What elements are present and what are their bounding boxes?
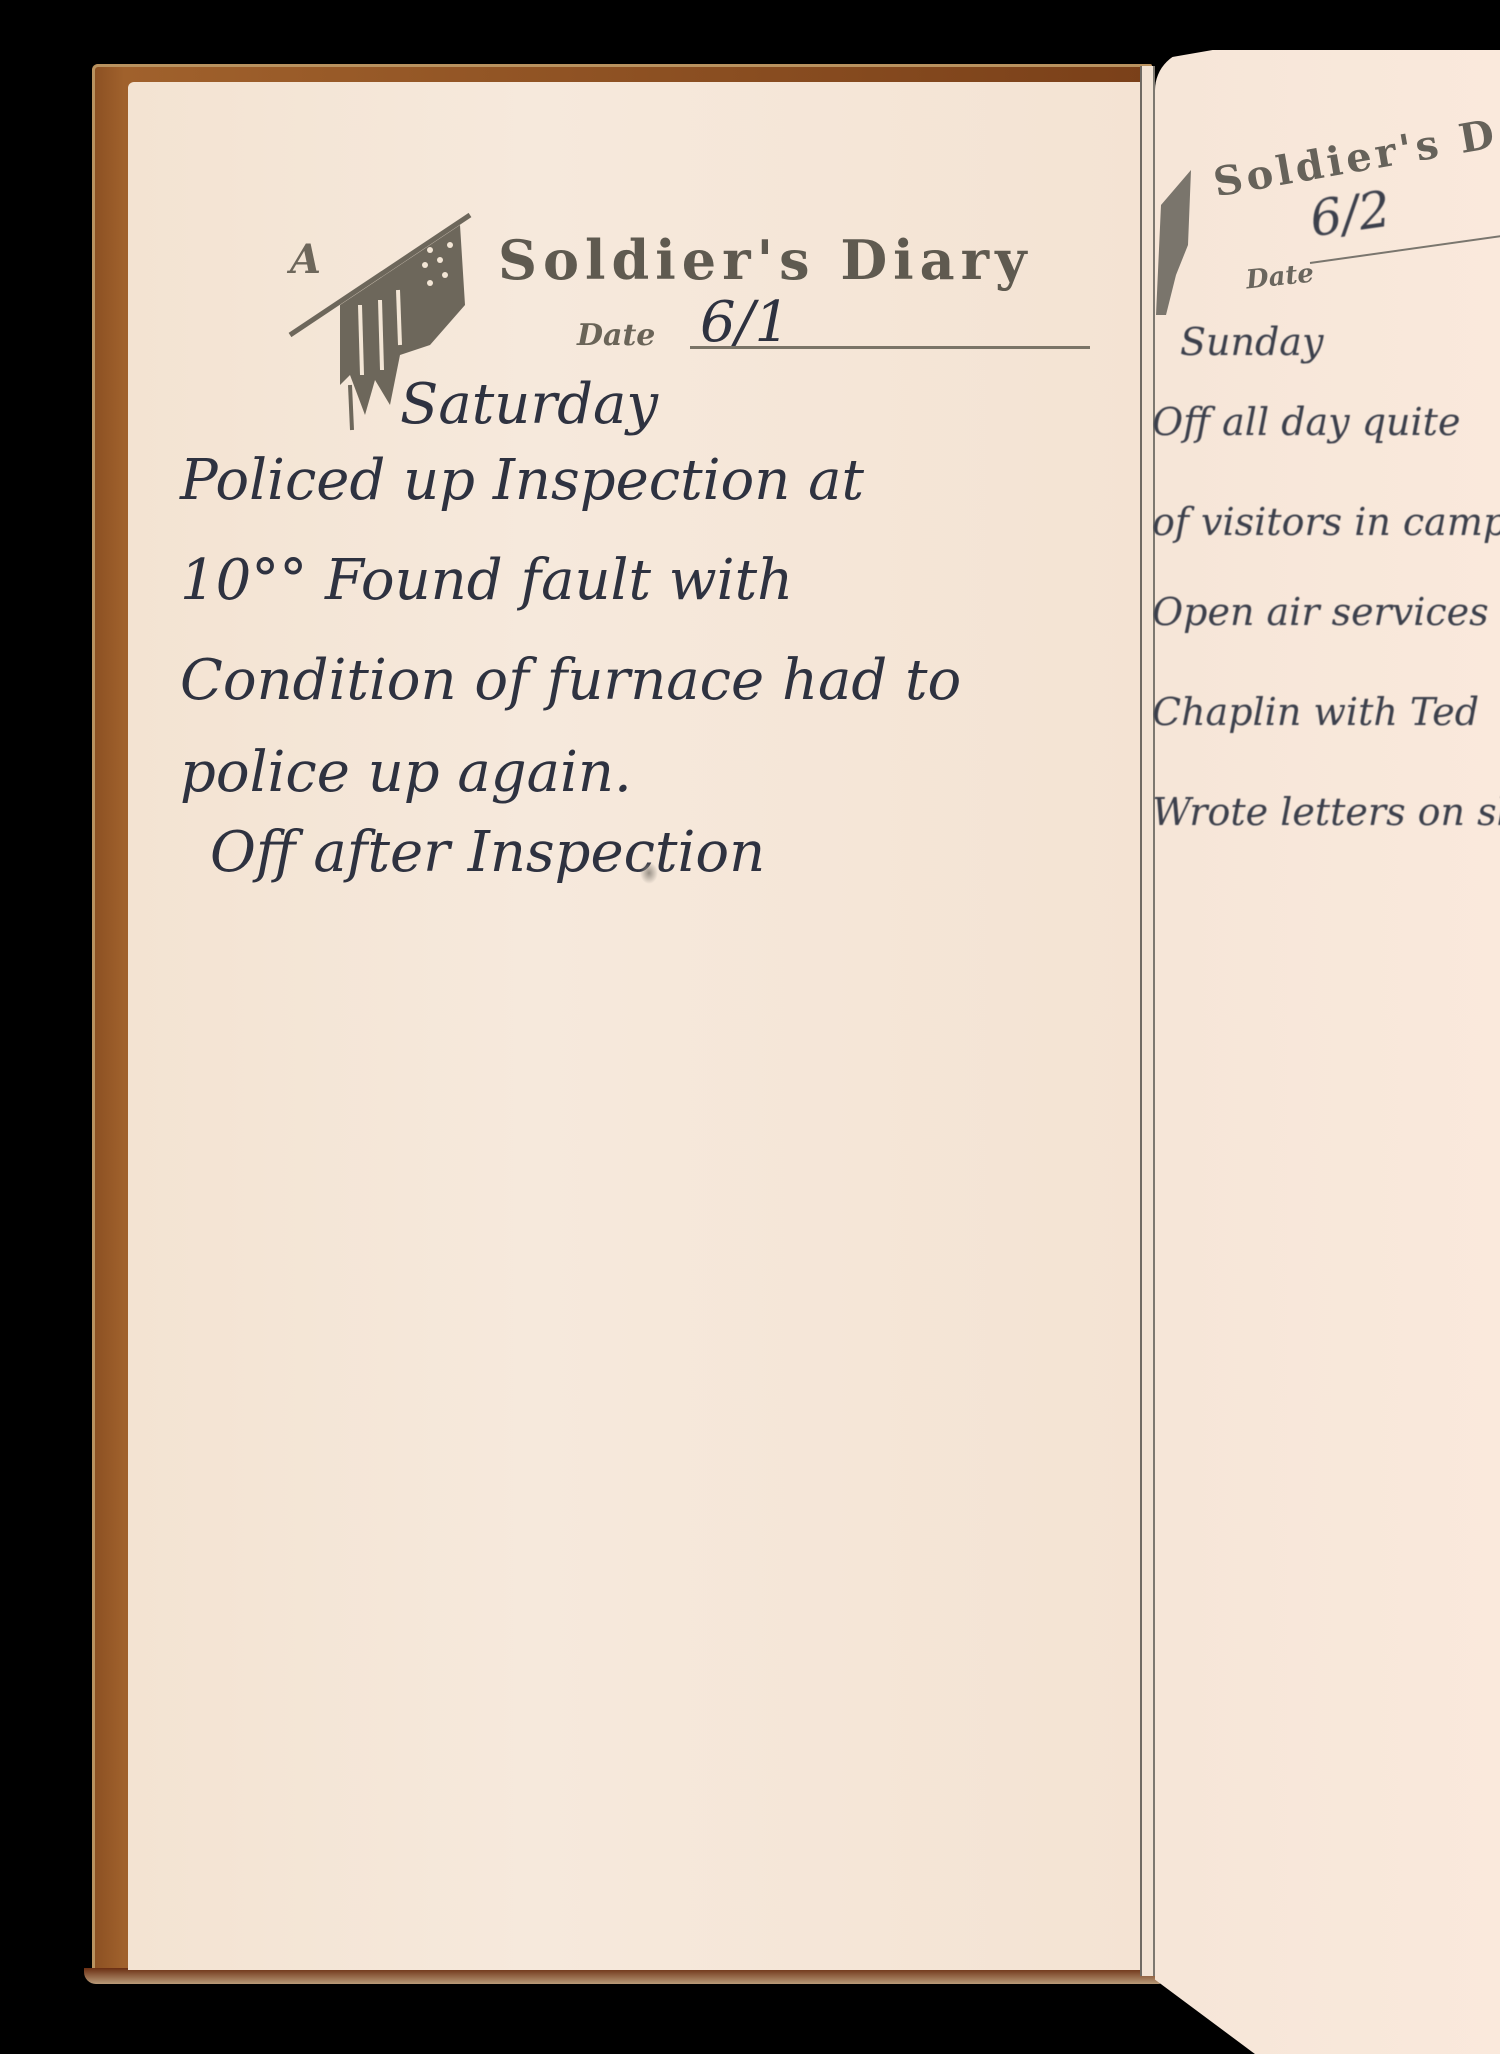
diary-title: Soldier's Diary <box>498 228 1033 292</box>
entry-line: Condition of furnace had to <box>180 648 961 713</box>
entry-line: police up again. <box>180 740 632 805</box>
header-prefix: A <box>290 236 321 283</box>
entry-line: Wrote letters on sl <box>1152 790 1500 834</box>
entry-line: of visitors in camp <box>1152 500 1500 544</box>
entry-line: Policed up Inspection at <box>180 448 864 513</box>
entry-day: Saturday <box>400 372 658 437</box>
date-label: Date <box>577 318 655 353</box>
entry-line: Off after Inspection <box>210 820 765 885</box>
entry-line: 10°° Found fault with <box>180 548 793 613</box>
entry-line: Off all day quite <box>1152 400 1460 444</box>
entry-line: Chaplin with Ted <box>1152 690 1479 734</box>
entry-date: 6/2 <box>1306 180 1394 249</box>
entry-date: 6/1 <box>700 290 790 355</box>
american-flag-icon <box>1146 165 1196 325</box>
ink-smudge <box>640 862 658 884</box>
entry-day: Sunday <box>1180 320 1323 364</box>
page-edge-line <box>1153 66 1155 1976</box>
entry-line: Open air services <box>1152 590 1489 634</box>
book-cover-bottom-edge <box>84 1968 1164 1984</box>
